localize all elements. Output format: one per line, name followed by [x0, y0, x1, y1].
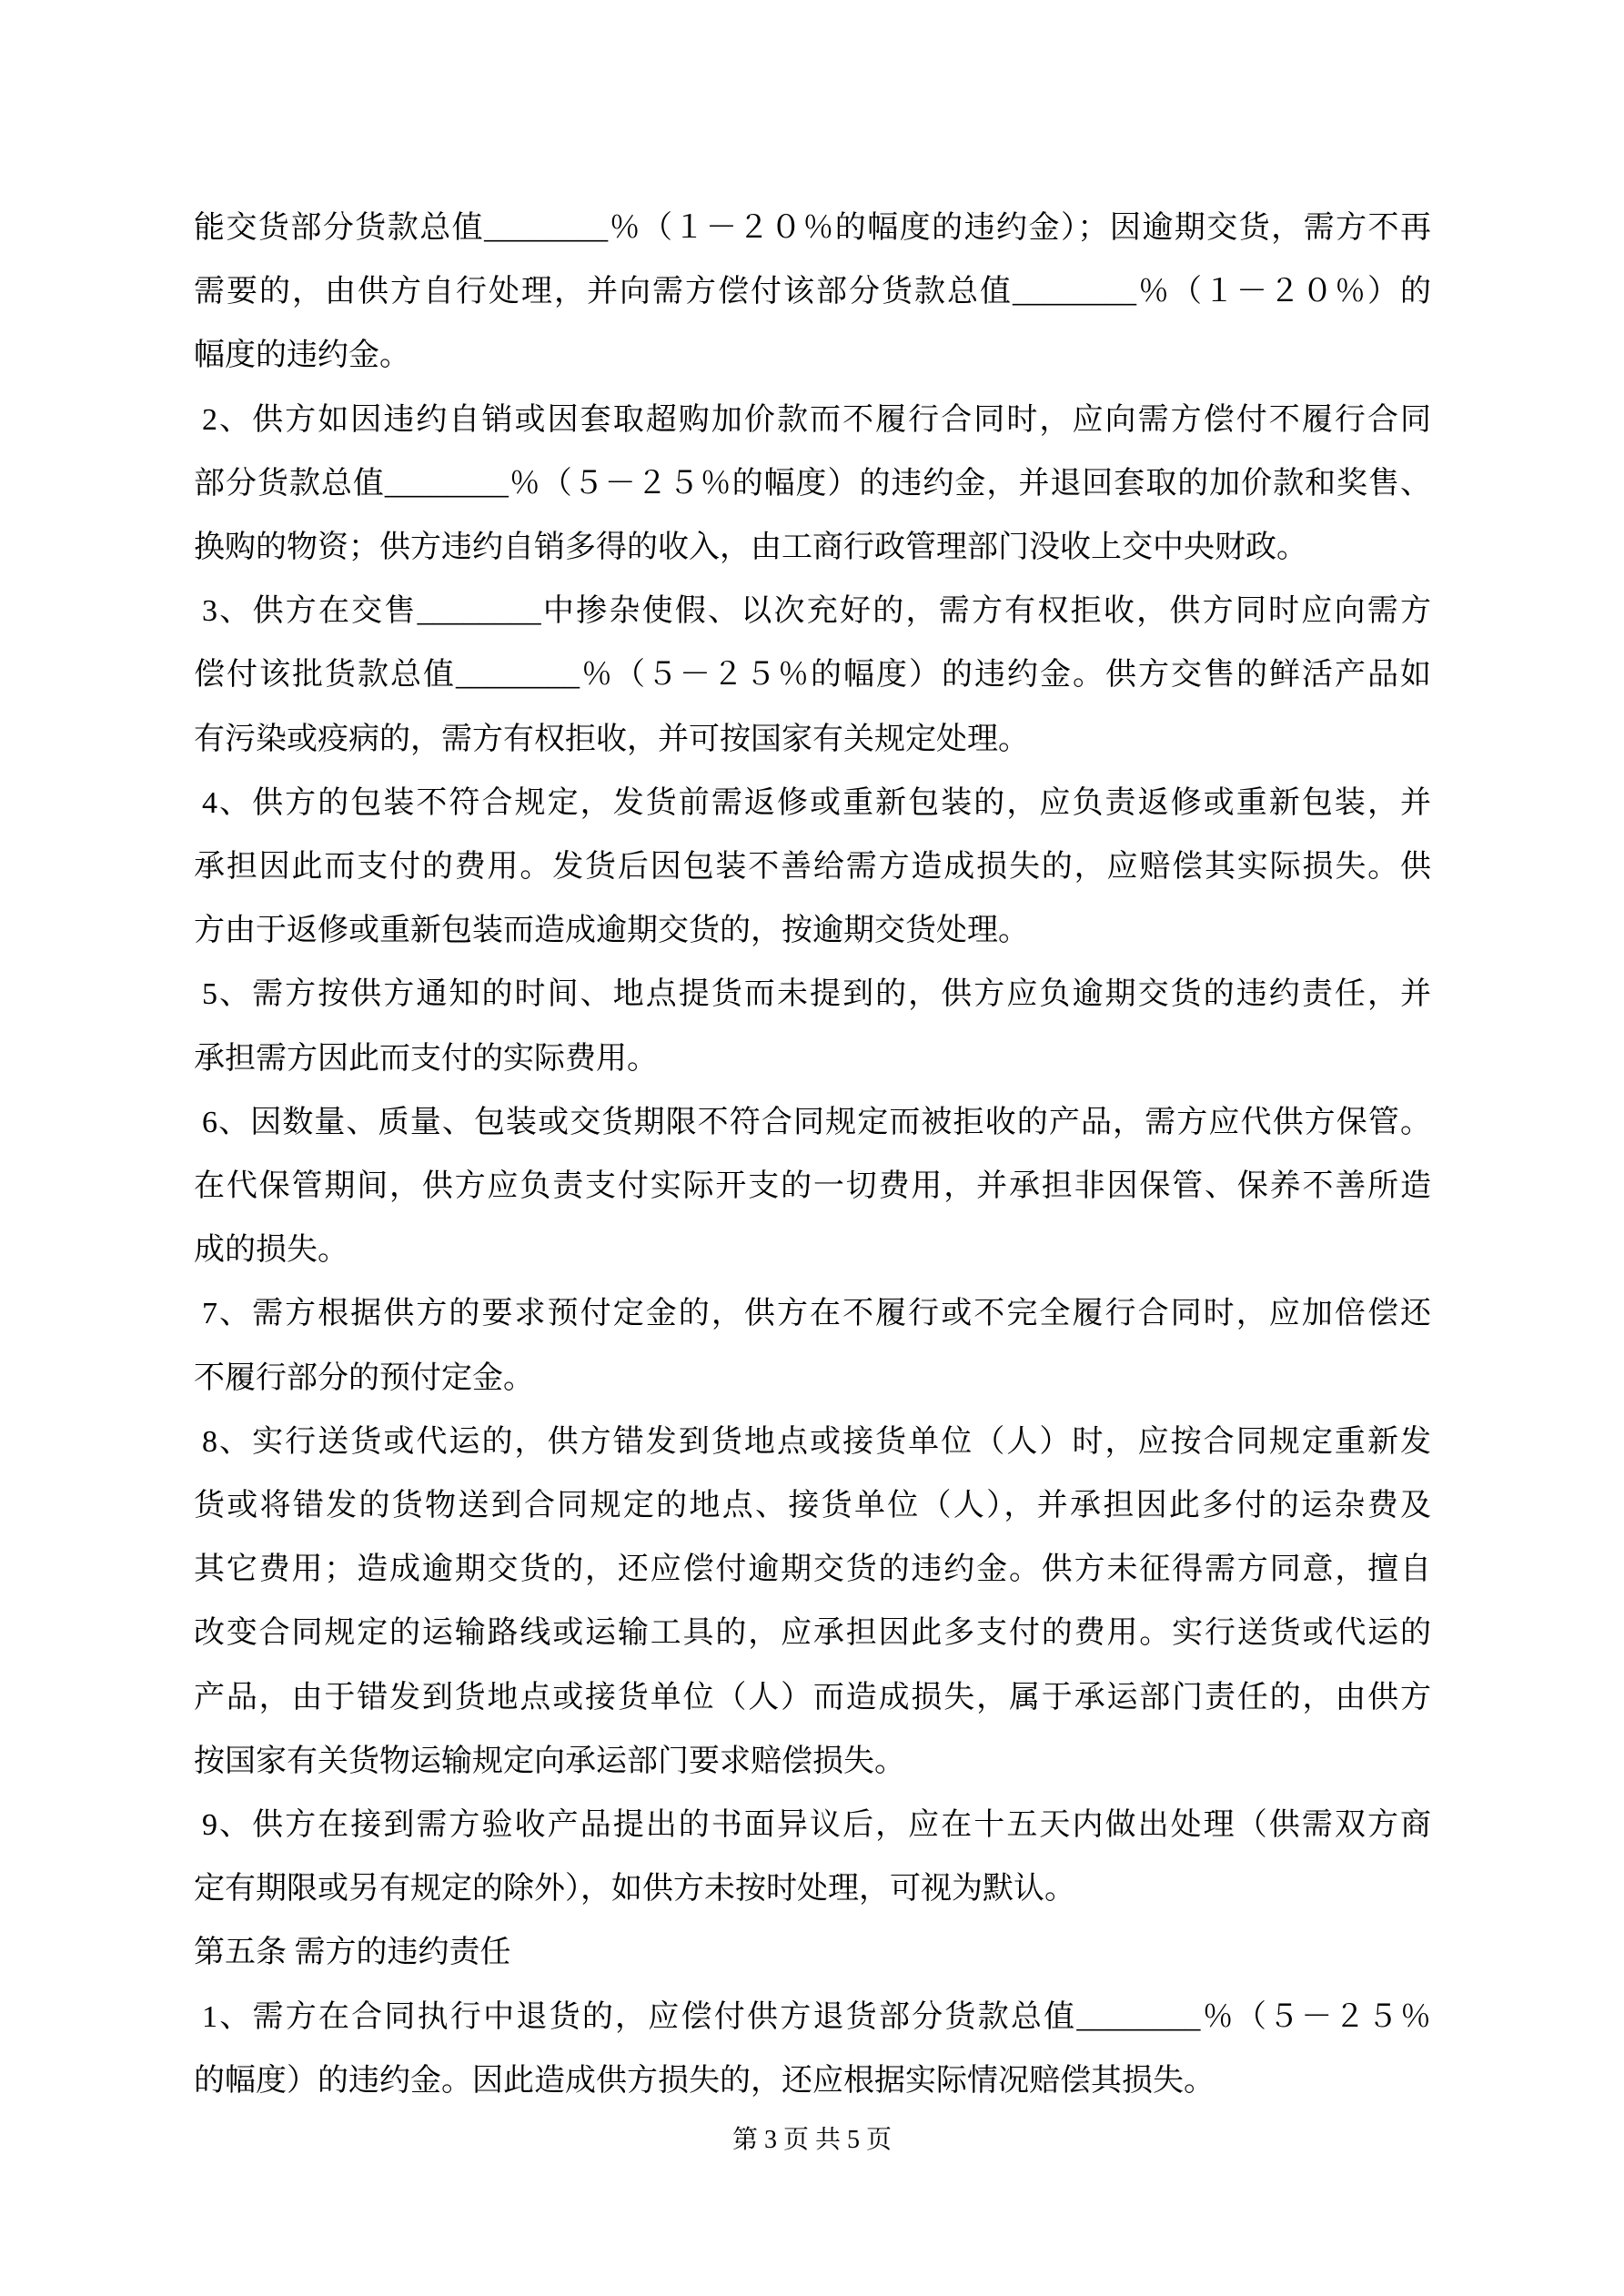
text-line: 8、实行送货或代运的，供方错发到货地点或接货单位（人）时，应按合同规定重新发 [194, 1411, 1431, 1474]
text-line: 其它费用；造成逾期交货的，还应偿付逾期交货的违约金。供方未征得需方同意，擅自 [194, 1538, 1431, 1602]
text-line: 方由于返修或重新包装而造成逾期交货的，按逾期交货处理。 [194, 899, 1431, 963]
text-line: 第五条 需方的违约责任 [194, 1921, 1431, 1985]
text-line: 幅度的违约金。 [194, 324, 1431, 388]
text-line: 换购的物资；供方违约自销多得的收入，由工商行政管理部门没收上交中央财政。 [194, 516, 1431, 580]
text-line: 按国家有关货物运输规定向承运部门要求赔偿损失。 [194, 1730, 1431, 1794]
text-line: 承担需方因此而支付的实际费用。 [194, 1027, 1431, 1091]
text-line: 不履行部分的预付定金。 [194, 1347, 1431, 1411]
text-line: 部分货款总值________％（５－２５％的幅度）的违约金，并退回套取的加价款和… [194, 452, 1431, 516]
text-line: 3、供方在交售________中掺杂使假、以次充好的，需方有权拒收，供方同时应向… [194, 580, 1431, 643]
text-line: 7、需方根据供方的要求预付定金的，供方在不履行或不完全履行合同时，应加倍偿还 [194, 1282, 1431, 1346]
text-line: 有污染或疫病的，需方有权拒收，并可按国家有关规定处理。 [194, 708, 1431, 772]
page-number: 第 3 页 共 5 页 [732, 2126, 892, 2154]
text-line: 能交货部分货款总值________％（１－２０％的幅度的违约金）；因逾期交货，需… [194, 197, 1431, 260]
text-line: 在代保管期间，供方应负责支付实际开支的一切费用，并承担非因保管、保养不善所造 [194, 1155, 1431, 1219]
text-line: 4、供方的包装不符合规定，发货前需返修或重新包装的，应负责返修或重新包装，并 [194, 772, 1431, 835]
text-line: 偿付该批货款总值________％（５－２５％的幅度）的违约金。供方交售的鲜活产… [194, 643, 1431, 707]
text-line: 的幅度）的违约金。因此造成供方损失的，还应根据实际情况赔偿其损失。 [194, 2049, 1431, 2113]
text-line: 产品，由于错发到货地点或接货单位（人）而造成损失，属于承运部门责任的，由供方 [194, 1666, 1431, 1730]
page-footer: 第 3 页 共 5 页 [0, 2122, 1624, 2159]
text-line: 2、供方如因违约自销或因套取超购加价款而不履行合同时，应向需方偿付不履行合同 [194, 389, 1431, 452]
text-line: 9、供方在接到需方验收产品提出的书面异议后，应在十五天内做出处理（供需双方商 [194, 1794, 1431, 1857]
text-line: 成的损失。 [194, 1219, 1431, 1282]
text-line: 定有期限或另有规定的除外），如供方未按时处理，可视为默认。 [194, 1857, 1431, 1921]
text-line: 改变合同规定的运输路线或运输工具的，应承担因此多支付的费用。实行送货或代运的 [194, 1602, 1431, 1665]
document-body: 能交货部分货款总值________％（１－２０％的幅度的违约金）；因逾期交货，需… [194, 197, 1431, 2113]
text-line: 5、需方按供方通知的时间、地点提货而未提到的，供方应负逾期交货的违约责任，并 [194, 963, 1431, 1027]
contract-page: 能交货部分货款总值________％（１－２０％的幅度的违约金）；因逾期交货，需… [0, 0, 1624, 2296]
text-line: 需要的，由供方自行处理，并向需方偿付该部分货款总值________％（１－２０％… [194, 260, 1431, 324]
text-line: 1、需方在合同执行中退货的，应偿付供方退货部分货款总值________％（５－２… [194, 1986, 1431, 2049]
text-line: 承担因此而支付的费用。发货后因包装不善给需方造成损失的，应赔偿其实际损失。供 [194, 835, 1431, 899]
text-line: 6、因数量、质量、包装或交货期限不符合同规定而被拒收的产品，需方应代供方保管。 [194, 1091, 1431, 1155]
text-line: 货或将错发的货物送到合同规定的地点、接货单位（人），并承担因此多付的运杂费及 [194, 1474, 1431, 1538]
